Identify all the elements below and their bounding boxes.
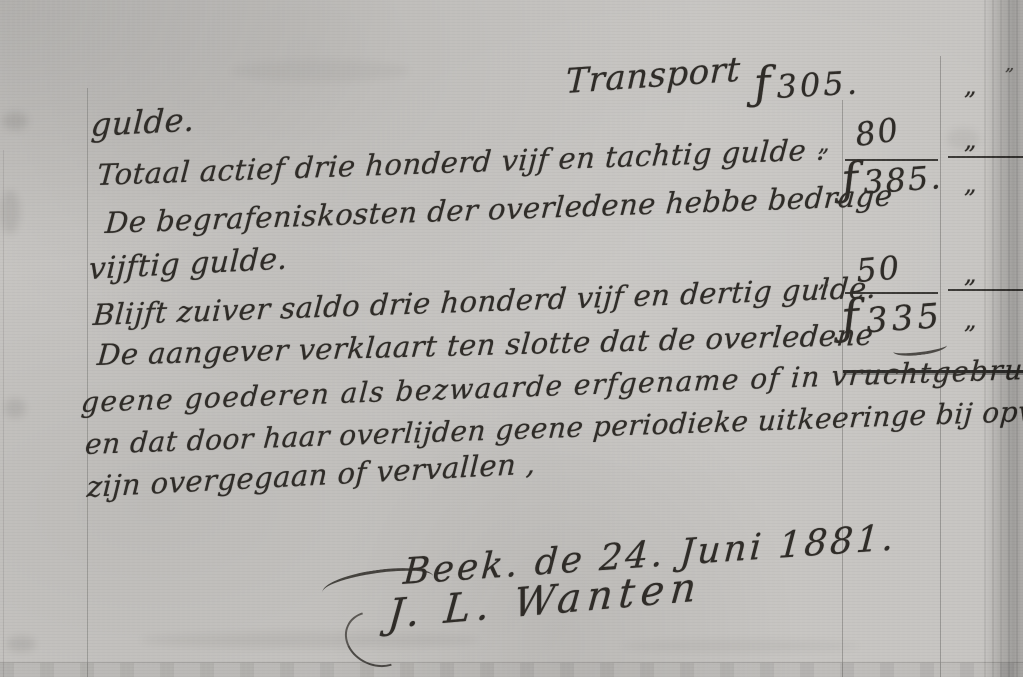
row335-cents-ditto: „ <box>964 306 977 334</box>
next-row-shadow-band <box>0 663 1023 677</box>
text-line-begrafeniskosten: De begrafeniskosten der overledene hebbe… <box>104 178 894 240</box>
text-line-gulde: gulde. <box>90 100 196 144</box>
transport-amount: ƒ305. <box>753 61 861 107</box>
paper-stain <box>0 190 20 234</box>
row80-amount: 80 <box>853 110 903 154</box>
paper-stain <box>4 398 26 418</box>
paper-stain <box>230 60 410 82</box>
row50-cents-ditto: „ <box>964 260 977 288</box>
row335-amount-value: 335 <box>865 296 945 341</box>
paper-stain <box>140 632 480 648</box>
transport-label: Transport <box>565 50 741 102</box>
transport-amount-value: 305. <box>776 64 861 106</box>
text-line-vijftig-gulde: vijftig gulde. <box>88 241 289 287</box>
row385-cents-ditto: „ <box>964 170 977 198</box>
florin-sign: ƒ <box>752 56 774 110</box>
left-margin-rule <box>87 88 88 677</box>
text-line-totaal-actief: Totaal actief drie honderd vijf en tacht… <box>96 132 827 192</box>
page-gutter-shadow <box>984 0 1023 677</box>
paper-stain <box>2 112 28 130</box>
paper-stain <box>6 636 36 652</box>
paper-stain <box>946 128 980 150</box>
transport-cents-ditto: „ <box>964 72 977 100</box>
paper-stain <box>620 640 860 652</box>
scanned-page: Transport ƒ305. „ „ gulde. „ 80 „ Totaal… <box>0 0 1023 677</box>
